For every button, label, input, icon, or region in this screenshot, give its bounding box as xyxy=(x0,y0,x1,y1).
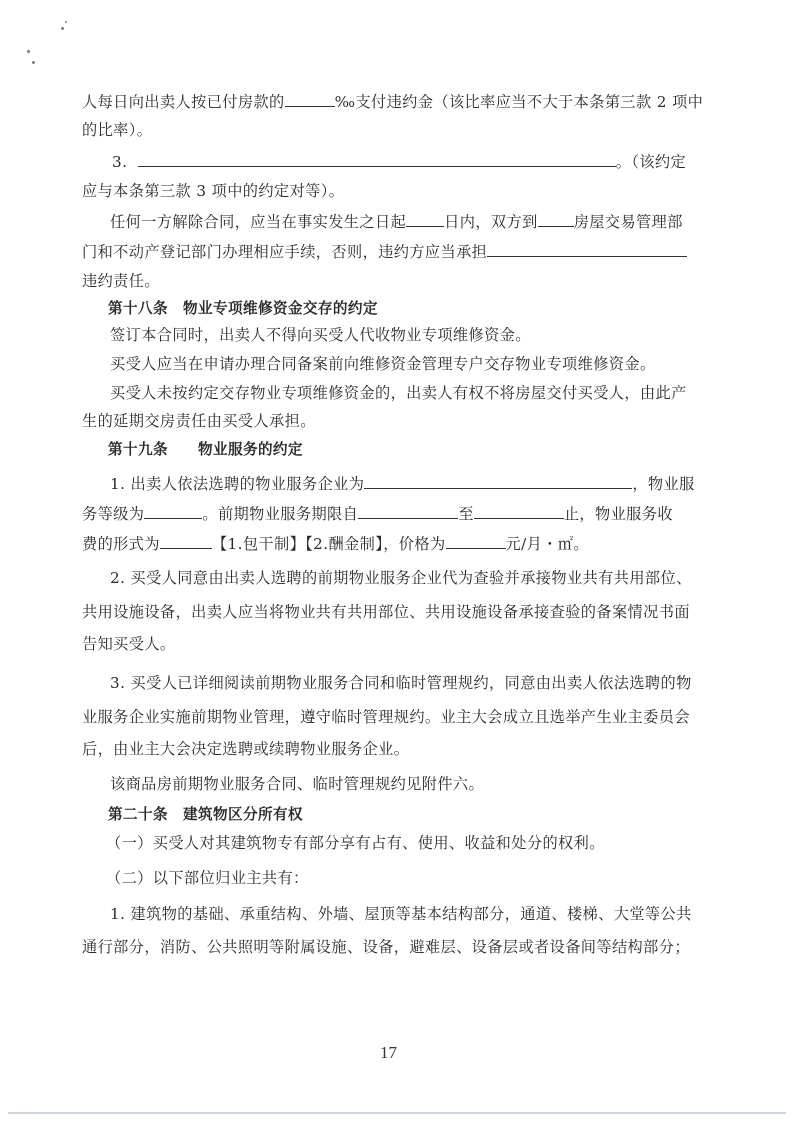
text-line: 签订本合同时，出卖人不得向买受人代收物业专项维修资金。 xyxy=(110,325,730,345)
text: 元/月・㎡。 xyxy=(506,535,589,553)
text-line: 业服务企业实施前期物业管理，遵守临时管理规约。业主大会成立且选举产生业主委员会 xyxy=(82,707,702,727)
text-line: 任何一方解除合同，应当在事实发生之日起日内，双方到房屋交易管理部 xyxy=(110,211,730,232)
text: 【1.包干制】【2.酬金制】，价格为 xyxy=(212,535,446,553)
speck xyxy=(61,27,64,30)
text-line: 共用设施设备，出卖人应当将物业共有共用部位、共用设施设备承接查验的备案情况书面 xyxy=(82,602,702,622)
text-line: 告知买受人。 xyxy=(82,634,702,654)
text: 止，物业服务收 xyxy=(564,505,673,523)
scan-edge-line xyxy=(8,1112,786,1114)
text-line: 该商品房前期物业服务合同、临时管理规约见附件六。 xyxy=(110,774,730,794)
text: 至 xyxy=(458,505,474,523)
text-line: （一）买受人对其建筑物专有部分享有占有、使用、收益和处分的权利。 xyxy=(106,833,726,853)
text-line: 的比率）。 xyxy=(82,120,702,140)
text: 。前期物业服务期限自 xyxy=(202,505,358,523)
text-line: 门和不动产登记部门办理相应手续，否则，违约方应当承担 xyxy=(82,241,702,262)
text-line: 1. 出卖人依法选聘的物业服务企业为，物业服 xyxy=(110,473,730,494)
text: 人每日向出卖人按已付房款的 xyxy=(82,93,285,111)
speck xyxy=(65,21,67,23)
text-line: 3. 。（该约定 xyxy=(112,151,732,172)
speck xyxy=(32,61,35,64)
text-line: 1. 建筑物的基础、承重结构、外墙、屋顶等基本结构部分，通道、楼梯、大堂等公共 xyxy=(110,904,730,924)
blank-field xyxy=(487,241,687,257)
text: 1. 出卖人依法选聘的物业服务企业为 xyxy=(110,475,364,493)
article-18-heading: 第十八条 物业专项维修资金交存的约定 xyxy=(108,299,728,319)
text-line: 人每日向出卖人按已付房款的‰支付违约金（该比率应当不大于本条第三款 2 项中 xyxy=(82,91,702,112)
text: 3. xyxy=(112,153,127,171)
blank-field xyxy=(144,503,202,519)
text: 门和不动产登记部门办理相应手续，否则，违约方应当承担 xyxy=(82,243,487,261)
text: ，物业服 xyxy=(632,475,694,493)
text: 。（该约定 xyxy=(616,153,686,171)
blank-field xyxy=(138,151,616,167)
text-line: 2. 买受人同意由出卖人选聘的前期物业服务企业代为查验并承接物业共有共用部位、 xyxy=(110,568,730,588)
text-line: 生的延期交房责任由买受人承担。 xyxy=(82,411,702,431)
text: 费的形式为 xyxy=(82,535,160,553)
blank-field xyxy=(538,211,574,227)
text-line: 通行部分，消防、公共照明等附属设施、设备，避难层、设备层或者设备间等结构部分； xyxy=(82,937,702,957)
article-20-heading: 第二十条 建筑物区分所有权 xyxy=(108,805,728,825)
text-line: 务等级为。前期物业服务期限自至止，物业服务收 xyxy=(82,503,702,524)
text: ‰支付违约金（该比率应当不大于本条第三款 2 项中 xyxy=(335,93,704,111)
document-page: 人每日向出卖人按已付房款的‰支付违约金（该比率应当不大于本条第三款 2 项中 的… xyxy=(0,0,794,1123)
page-number: 17 xyxy=(380,1043,397,1063)
blank-field xyxy=(446,533,506,549)
blank-field xyxy=(364,473,632,489)
text: 房屋交易管理部 xyxy=(574,213,683,231)
text-line: 违约责任。 xyxy=(82,271,702,291)
text-line: 应与本条第三款 3 项中的约定对等）。 xyxy=(82,181,702,201)
article-19-heading: 第十九条 物业服务的约定 xyxy=(108,440,728,460)
blank-field xyxy=(285,91,335,107)
blank-field xyxy=(406,211,444,227)
text: 日内，双方到 xyxy=(444,213,538,231)
text-line: 费的形式为【1.包干制】【2.酬金制】，价格为元/月・㎡。 xyxy=(82,533,702,554)
text-line: 后，由业主大会决定选聘或续聘物业服务企业。 xyxy=(82,739,702,759)
text: 务等级为 xyxy=(82,505,144,523)
text-line: 3. 买受人已详细阅读前期物业服务合同和临时管理规约，同意由出卖人依法选聘的物 xyxy=(110,673,730,693)
text: 任何一方解除合同，应当在事实发生之日起 xyxy=(110,213,406,231)
speck xyxy=(27,50,30,53)
text-line: （二）以下部位归业主共有： xyxy=(106,868,726,888)
text-line: 买受人未按约定交存物业专项维修资金的，出卖人有权不将房屋交付买受人，由此产 xyxy=(110,383,730,403)
text-line: 买受人应当在申请办理合同备案前向维修资金管理专户交存物业专项维修资金。 xyxy=(110,354,730,374)
blank-field xyxy=(160,533,212,549)
blank-field xyxy=(474,503,564,519)
blank-field xyxy=(358,503,458,519)
